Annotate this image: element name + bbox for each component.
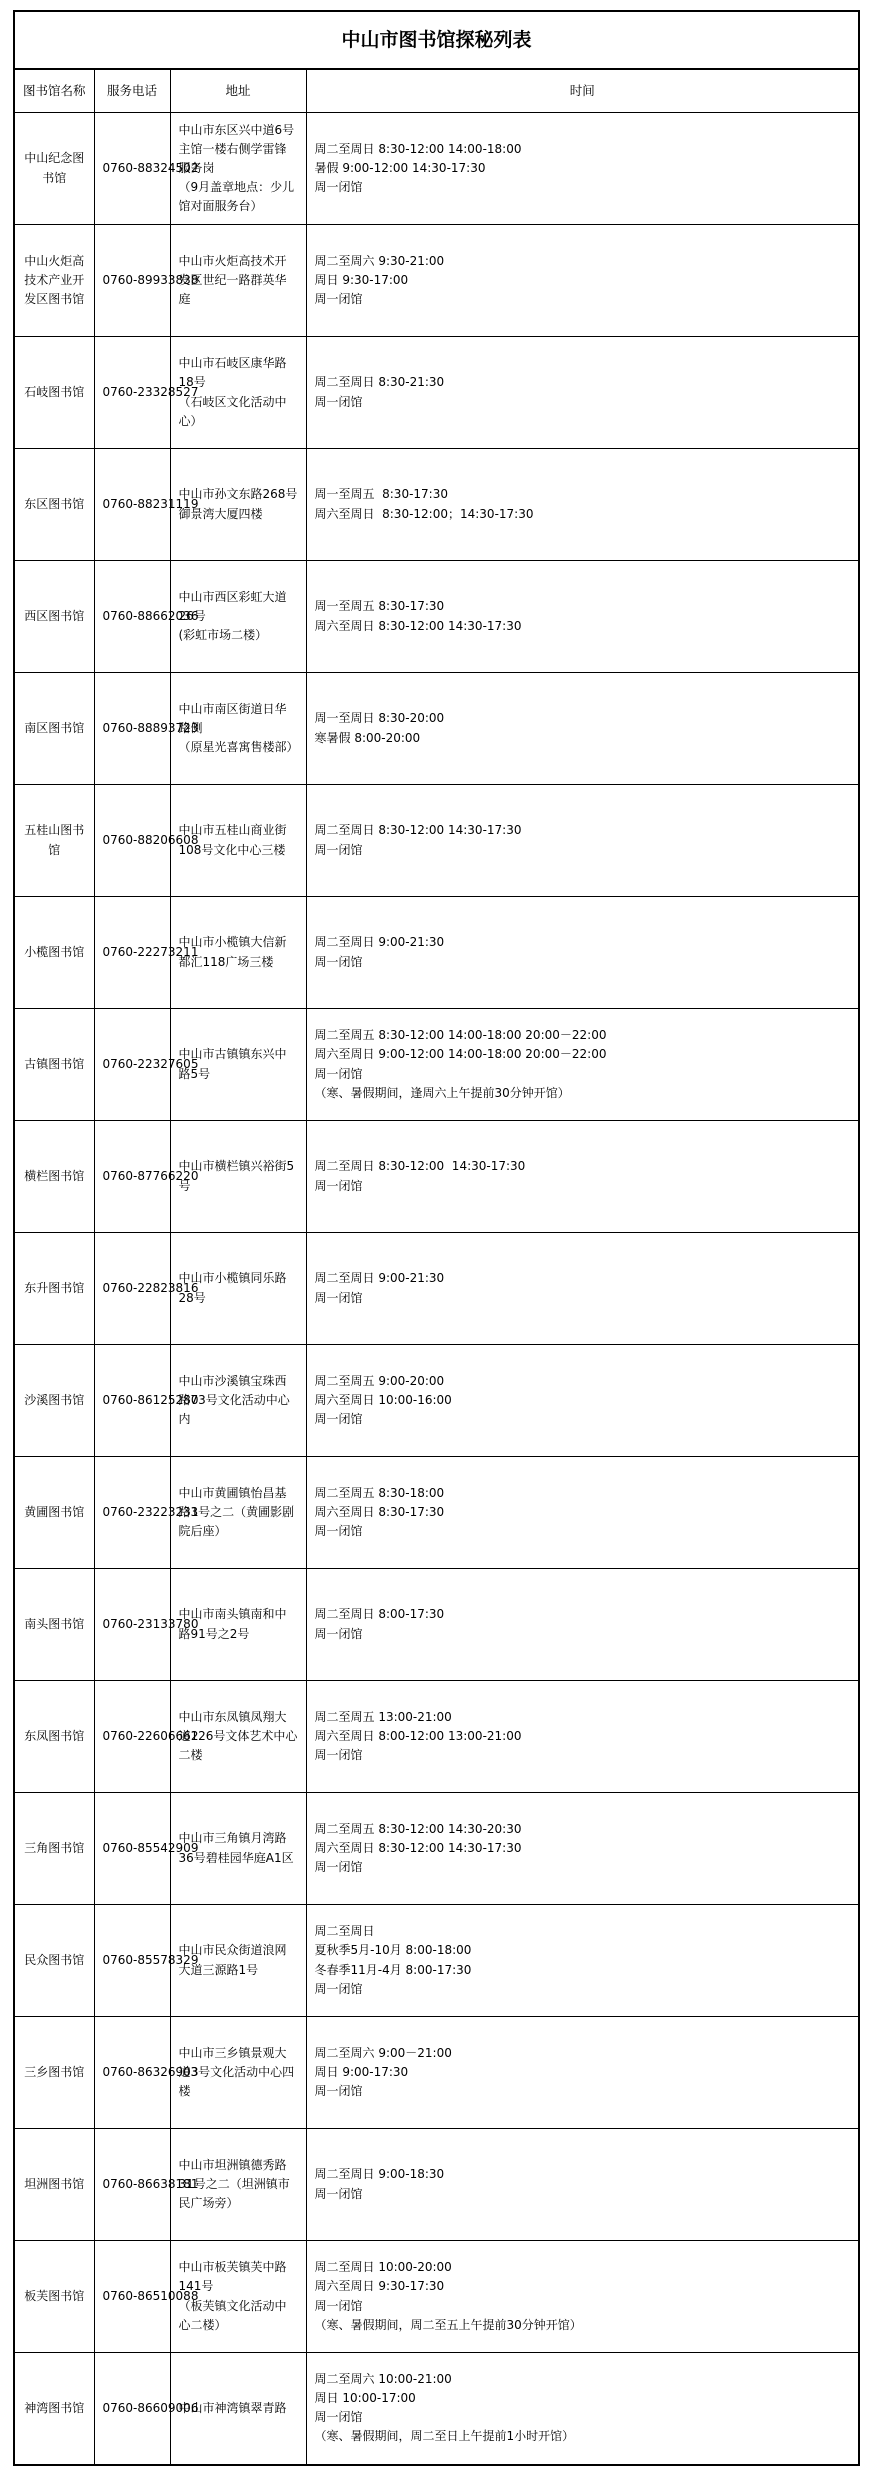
table-row: 黄圃图书馆0760-23223231中山市黄圃镇怡昌基路3号之二（黄圃影剧院后座… xyxy=(14,1457,859,1569)
hours-cell: 周二至周日 10:00-20:00 周六至周日 9:30-17:30 周一闭馆 … xyxy=(306,2241,859,2353)
library-name-cell: 中山纪念图书馆 xyxy=(14,113,94,225)
phone-cell: 0760-87766220 xyxy=(94,1121,170,1233)
hours-cell: 周二至周五 8:30-12:00 14:00-18:00 20:00－22:00… xyxy=(306,1009,859,1121)
table-row: 东升图书馆0760-22823816中山市小榄镇同乐路28号周二至周日 9:00… xyxy=(14,1233,859,1345)
phone-cell: 0760-86638181 xyxy=(94,2129,170,2241)
address-cell: 中山市三乡镇景观大道3号文化活动中心四楼 xyxy=(170,2017,306,2129)
phone-cell: 0760-86609006 xyxy=(94,2353,170,2465)
phone-cell: 0760-22606662 xyxy=(94,1681,170,1793)
library-name-cell: 小榄图书馆 xyxy=(14,897,94,1009)
address-cell: 中山市神湾镇翠青路 xyxy=(170,2353,306,2465)
address-cell: 中山市南头镇南和中路91号之2号 xyxy=(170,1569,306,1681)
table-row: 三乡图书馆0760-86326903中山市三乡镇景观大道3号文化活动中心四楼周二… xyxy=(14,2017,859,2129)
table-row: 民众图书馆0760-85578329中山市民众街道浪网大道三源路1号周二至周日 … xyxy=(14,1905,859,2017)
hours-cell: 周二至周日 8:30-12:00 14:30-17:30 周一闭馆 xyxy=(306,1121,859,1233)
table-row: 三角图书馆0760-85542909中山市三角镇月湾路36号碧桂园华庭A1区周二… xyxy=(14,1793,859,1905)
phone-cell: 0760-23133780 xyxy=(94,1569,170,1681)
hours-cell: 周二至周日 8:30-12:00 14:00-18:00 暑假 9:00-12:… xyxy=(306,113,859,225)
table-body: 中山市图书馆探秘列表 图书馆名称 服务电话 地址 时间 中山纪念图书馆0760-… xyxy=(14,11,859,2465)
hours-cell: 周一至周日 8:30-20:00 寒暑假 8:00-20:00 xyxy=(306,673,859,785)
table-row: 南头图书馆0760-23133780中山市南头镇南和中路91号之2号周二至周日 … xyxy=(14,1569,859,1681)
column-header-phone: 服务电话 xyxy=(94,69,170,113)
phone-cell: 0760-85542909 xyxy=(94,1793,170,1905)
column-header-library-name: 图书馆名称 xyxy=(14,69,94,113)
table-row: 中山火炬高技术产业开发区图书馆0760-89933838中山市火炬高技术开发区世… xyxy=(14,225,859,337)
phone-cell: 0760-86510088 xyxy=(94,2241,170,2353)
library-name-cell: 坦洲图书馆 xyxy=(14,2129,94,2241)
column-header-hours: 时间 xyxy=(306,69,859,113)
phone-cell: 0760-85578329 xyxy=(94,1905,170,2017)
hours-cell: 周二至周六 9:00－21:00 周日 9:00-17:30 周一闭馆 xyxy=(306,2017,859,2129)
hours-cell: 周二至周五 8:30-18:00 周六至周日 8:30-17:30 周一闭馆 xyxy=(306,1457,859,1569)
page-title: 中山市图书馆探秘列表 xyxy=(14,11,859,69)
hours-cell: 周二至周日 9:00-21:30 周一闭馆 xyxy=(306,1233,859,1345)
table-row: 神湾图书馆0760-86609006中山市神湾镇翠青路周二至周六 10:00-2… xyxy=(14,2353,859,2465)
table-row: 西区图书馆0760-88662036中山市西区彩虹大道26号 (彩虹市场二楼）周… xyxy=(14,561,859,673)
page: 中山市图书馆探秘列表 图书馆名称 服务电话 地址 时间 中山纪念图书馆0760-… xyxy=(0,10,872,2466)
table-row: 中山纪念图书馆0760-88324502中山市东区兴中道6号 主馆一楼右侧学雷锋… xyxy=(14,113,859,225)
library-name-cell: 民众图书馆 xyxy=(14,1905,94,2017)
phone-cell: 0760-88206608 xyxy=(94,785,170,897)
library-name-cell: 黄圃图书馆 xyxy=(14,1457,94,1569)
table-row: 东凤图书馆0760-22606662中山市东凤镇凤翔大道126号文体艺术中心二楼… xyxy=(14,1681,859,1793)
address-cell: 中山市东区兴中道6号 主馆一楼右侧学雷锋服务岗 （9月盖章地点：少儿馆对面服务台… xyxy=(170,113,306,225)
address-cell: 中山市黄圃镇怡昌基路3号之二（黄圃影剧院后座） xyxy=(170,1457,306,1569)
header-row: 图书馆名称 服务电话 地址 时间 xyxy=(14,69,859,113)
library-name-cell: 南头图书馆 xyxy=(14,1569,94,1681)
phone-cell: 0760-22273211 xyxy=(94,897,170,1009)
hours-cell: 周二至周日 8:00-17:30 周一闭馆 xyxy=(306,1569,859,1681)
library-name-cell: 东区图书馆 xyxy=(14,449,94,561)
phone-cell: 0760-88324502 xyxy=(94,113,170,225)
phone-cell: 0760-22327605 xyxy=(94,1009,170,1121)
table-row: 石岐图书馆0760-23328527中山市石岐区康华路18号 （石岐区文化活动中… xyxy=(14,337,859,449)
phone-cell: 0760-89933838 xyxy=(94,225,170,337)
address-cell: 中山市横栏镇兴裕街5号 xyxy=(170,1121,306,1233)
address-cell: 中山市小榄镇同乐路28号 xyxy=(170,1233,306,1345)
phone-cell: 0760-88231119 xyxy=(94,449,170,561)
hours-cell: 周二至周五 9:00-20:00 周六至周日 10:00-16:00 周一闭馆 xyxy=(306,1345,859,1457)
table-row: 板芙图书馆0760-86510088中山市板芙镇芙中路141号 （板芙镇文化活动… xyxy=(14,2241,859,2353)
address-cell: 中山市五桂山商业街108号文化中心三楼 xyxy=(170,785,306,897)
table-row: 南区图书馆0760-88893723中山市南区街道日华路侧 （原星光喜寓售楼部）… xyxy=(14,673,859,785)
hours-cell: 周二至周日 8:30-12:00 14:30-17:30 周一闭馆 xyxy=(306,785,859,897)
address-cell: 中山市沙溪镇宝珠西路73号文化活动中心内 xyxy=(170,1345,306,1457)
library-name-cell: 西区图书馆 xyxy=(14,561,94,673)
phone-cell: 0760-88662036 xyxy=(94,561,170,673)
address-cell: 中山市古镇镇东兴中路5号 xyxy=(170,1009,306,1121)
hours-cell: 周二至周五 13:00-21:00 周六至周日 8:00-12:00 13:00… xyxy=(306,1681,859,1793)
table-row: 东区图书馆0760-88231119中山市孙文东路268号御景湾大厦四楼周一至周… xyxy=(14,449,859,561)
table-row: 古镇图书馆0760-22327605中山市古镇镇东兴中路5号周二至周五 8:30… xyxy=(14,1009,859,1121)
library-name-cell: 五桂山图书馆 xyxy=(14,785,94,897)
hours-cell: 周二至周日 9:00-18:30 周一闭馆 xyxy=(306,2129,859,2241)
phone-cell: 0760-22823816 xyxy=(94,1233,170,1345)
hours-cell: 周二至周六 9:30-21:00 周日 9:30-17:00 周一闭馆 xyxy=(306,225,859,337)
phone-cell: 0760-23223231 xyxy=(94,1457,170,1569)
library-name-cell: 石岐图书馆 xyxy=(14,337,94,449)
library-name-cell: 板芙图书馆 xyxy=(14,2241,94,2353)
phone-cell: 0760-88893723 xyxy=(94,673,170,785)
hours-cell: 周二至周五 8:30-12:00 14:30-20:30 周六至周日 8:30-… xyxy=(306,1793,859,1905)
hours-cell: 周二至周六 10:00-21:00 周日 10:00-17:00 周一闭馆 （寒… xyxy=(306,2353,859,2465)
hours-cell: 周一至周五 8:30-17:30 周六至周日 8:30-12:00；14:30-… xyxy=(306,449,859,561)
library-name-cell: 神湾图书馆 xyxy=(14,2353,94,2465)
title-row: 中山市图书馆探秘列表 xyxy=(14,11,859,69)
table-row: 沙溪图书馆0760-86125280中山市沙溪镇宝珠西路73号文化活动中心内周二… xyxy=(14,1345,859,1457)
address-cell: 中山市孙文东路268号御景湾大厦四楼 xyxy=(170,449,306,561)
address-cell: 中山市西区彩虹大道26号 (彩虹市场二楼） xyxy=(170,561,306,673)
hours-cell: 周二至周日 8:30-21:30 周一闭馆 xyxy=(306,337,859,449)
table-row: 小榄图书馆0760-22273211中山市小榄镇大信新都汇118广场三楼周二至周… xyxy=(14,897,859,1009)
library-name-cell: 东凤图书馆 xyxy=(14,1681,94,1793)
hours-cell: 周二至周日 夏秋季5月-10月 8:00-18:00 冬春季11月-4月 8:0… xyxy=(306,1905,859,2017)
library-name-cell: 横栏图书馆 xyxy=(14,1121,94,1233)
address-cell: 中山市板芙镇芙中路141号 （板芙镇文化活动中心二楼） xyxy=(170,2241,306,2353)
address-cell: 中山市石岐区康华路18号 （石岐区文化活动中心） xyxy=(170,337,306,449)
address-cell: 中山市东凤镇凤翔大道126号文体艺术中心二楼 xyxy=(170,1681,306,1793)
address-cell: 中山市南区街道日华路侧 （原星光喜寓售楼部） xyxy=(170,673,306,785)
table-row: 坦洲图书馆0760-86638181中山市坦洲镇德秀路31号之二（坦洲镇市民广场… xyxy=(14,2129,859,2241)
address-cell: 中山市小榄镇大信新都汇118广场三楼 xyxy=(170,897,306,1009)
library-name-cell: 三乡图书馆 xyxy=(14,2017,94,2129)
table-row: 五桂山图书馆0760-88206608中山市五桂山商业街108号文化中心三楼周二… xyxy=(14,785,859,897)
phone-cell: 0760-23328527 xyxy=(94,337,170,449)
address-cell: 中山市火炬高技术开发区世纪一路群英华庭 xyxy=(170,225,306,337)
table-row: 横栏图书馆0760-87766220中山市横栏镇兴裕街5号周二至周日 8:30-… xyxy=(14,1121,859,1233)
address-cell: 中山市三角镇月湾路36号碧桂园华庭A1区 xyxy=(170,1793,306,1905)
library-name-cell: 南区图书馆 xyxy=(14,673,94,785)
library-name-cell: 沙溪图书馆 xyxy=(14,1345,94,1457)
hours-cell: 周一至周五 8:30-17:30 周六至周日 8:30-12:00 14:30-… xyxy=(306,561,859,673)
column-header-address: 地址 xyxy=(170,69,306,113)
address-cell: 中山市坦洲镇德秀路31号之二（坦洲镇市民广场旁） xyxy=(170,2129,306,2241)
address-cell: 中山市民众街道浪网大道三源路1号 xyxy=(170,1905,306,2017)
library-name-cell: 中山火炬高技术产业开发区图书馆 xyxy=(14,225,94,337)
phone-cell: 0760-86326903 xyxy=(94,2017,170,2129)
library-name-cell: 三角图书馆 xyxy=(14,1793,94,1905)
phone-cell: 0760-86125280 xyxy=(94,1345,170,1457)
hours-cell: 周二至周日 9:00-21:30 周一闭馆 xyxy=(306,897,859,1009)
library-name-cell: 东升图书馆 xyxy=(14,1233,94,1345)
library-table: 中山市图书馆探秘列表 图书馆名称 服务电话 地址 时间 中山纪念图书馆0760-… xyxy=(13,10,860,2466)
library-name-cell: 古镇图书馆 xyxy=(14,1009,94,1121)
